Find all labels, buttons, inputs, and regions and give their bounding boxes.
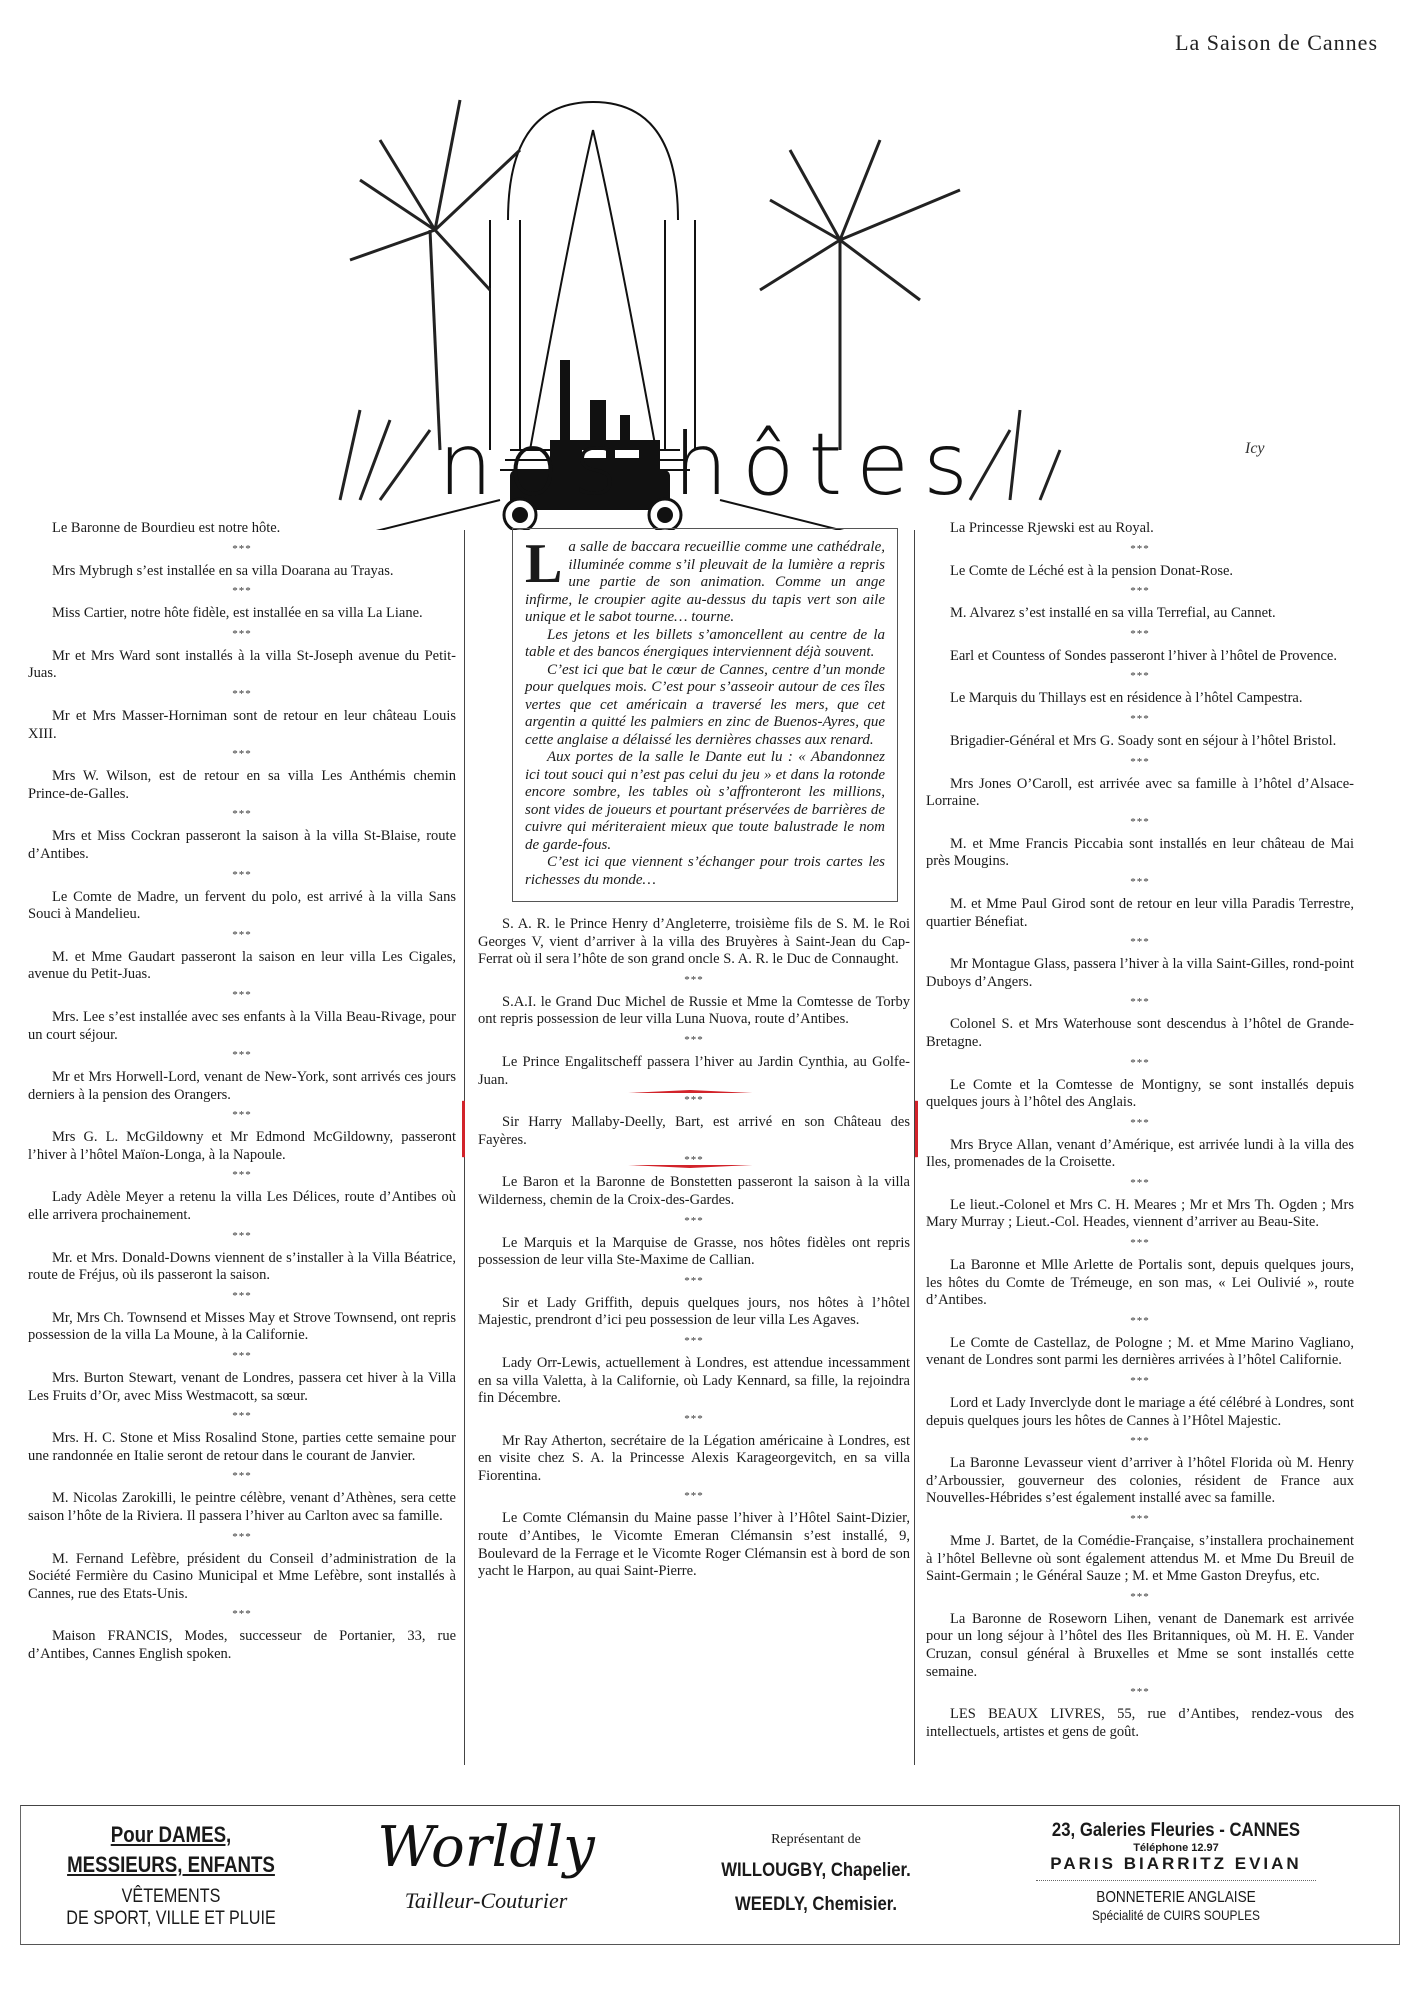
society-notice: Lord et Lady Inverclyde dont le mariage … — [926, 1395, 1354, 1430]
society-notice: Le Baron et la Baronne de Bonstetten pas… — [478, 1174, 910, 1209]
advertisement-banner: Pour DAMES, MESSIEURS, ENFANTS VÊTEMENTS… — [20, 1805, 1400, 1945]
separator-asterisks: *** — [478, 1033, 910, 1048]
society-notice: Sir et Lady Griffith, depuis quelques jo… — [478, 1295, 910, 1330]
separator-asterisks: *** — [28, 747, 456, 762]
separator-asterisks: *** — [926, 1685, 1354, 1700]
separator-asterisks: *** — [926, 935, 1354, 950]
separator-asterisks: *** — [28, 627, 456, 642]
ad-line: MESSIEURS, ENFANTS — [44, 1852, 299, 1878]
society-notice: Mrs G. L. McGildowny et Mr Edmond McGild… — [28, 1129, 456, 1164]
society-notice: Le Comte Clémansin du Maine passe l’hive… — [478, 1510, 910, 1580]
society-notice: Le Marquis du Thillays est en résidence … — [926, 690, 1354, 708]
masthead-title: La Saison de Cannes — [1175, 30, 1378, 56]
society-notice: Le Comte de Castellaz, de Pologne ; M. e… — [926, 1335, 1354, 1370]
society-notice: Le Comte de Madre, un fervent du polo, e… — [28, 889, 456, 924]
society-notice: Mr, Mrs Ch. Townsend et Misses May et St… — [28, 1310, 456, 1345]
society-notice: Mr. et Mrs. Donald-Downs viennent de s’i… — [28, 1250, 456, 1285]
ad-brand: WEEDLY, Chemisier. — [671, 1894, 961, 1916]
society-notice: Mrs. Lee s’est installée avec ses enfant… — [28, 1009, 456, 1044]
society-notice: Mr Ray Atherton, secrétaire de la Légati… — [478, 1433, 910, 1486]
separator-asterisks: *** — [28, 1530, 456, 1545]
society-notice: Mrs. Burton Stewart, venant de Londres, … — [28, 1370, 456, 1405]
separator-asterisks: *** — [28, 687, 456, 702]
left-column: Le Baronne de Bourdieu est notre hôte.**… — [28, 520, 456, 1664]
separator-asterisks: *** — [926, 669, 1354, 684]
ad-subtitle: Tailleur-Couturier — [321, 1888, 651, 1914]
separator-asterisks: *** — [926, 1176, 1354, 1191]
separator-asterisks: *** — [926, 1314, 1354, 1329]
column-divider — [914, 530, 915, 1765]
ad-worldly: Worldly Tailleur-Couturier — [321, 1806, 651, 1946]
section-title: nos hôtes — [410, 415, 1010, 515]
society-notice: M. Alvarez s’est installé en sa villa Te… — [926, 605, 1354, 623]
separator-asterisks: *** — [28, 807, 456, 822]
inset-paragraph: C’est ici que bat le cœur de Cannes, cen… — [525, 662, 885, 750]
society-notice: La Baronne et Mlle Arlette de Portalis s… — [926, 1257, 1354, 1310]
ad-clothing: Pour DAMES, MESSIEURS, ENFANTS VÊTEMENTS… — [21, 1806, 321, 1946]
separator-asterisks: *** — [28, 868, 456, 883]
ad-label: Représentant de — [651, 1832, 981, 1848]
drop-cap: L — [525, 541, 562, 587]
separator-asterisks: *** — [926, 542, 1354, 557]
separator-asterisks: *** — [926, 1374, 1354, 1389]
society-notice: La Princesse Rjewski est au Royal. — [926, 520, 1354, 538]
ad-line: VÊTEMENTS — [44, 1886, 299, 1908]
society-notice: Mr et Mrs Horwell-Lord, venant de New-Yo… — [28, 1069, 456, 1104]
separator-asterisks: *** — [28, 1289, 456, 1304]
separator-asterisks: *** — [28, 1108, 456, 1123]
ad-address-line: 23, Galeries Fleuries - CANNES — [1031, 1820, 1321, 1842]
society-notice: Sir Harry Mallaby-Deelly, Bart, est arri… — [478, 1114, 910, 1149]
separator-asterisks: *** — [926, 712, 1354, 727]
society-notice: Mr Montague Glass, passera l’hiver à la … — [926, 956, 1354, 991]
society-notice: Le Baronne de Bourdieu est notre hôte. — [28, 520, 456, 538]
separator-asterisks: *** — [926, 875, 1354, 890]
separator-asterisks: *** — [28, 1349, 456, 1364]
ad-line: Pour DAMES, — [44, 1822, 299, 1848]
society-notice: Le Comte de Léché est à la pension Donat… — [926, 563, 1354, 581]
society-notice: Mrs et Miss Cockran passeront la saison … — [28, 828, 456, 863]
separator-asterisks: *** — [926, 1434, 1354, 1449]
society-notice: La Baronne de Roseworn Lihen, venant de … — [926, 1611, 1354, 1681]
separator-asterisks: *** — [926, 1236, 1354, 1251]
separator-asterisks: *** — [926, 627, 1354, 642]
ad-address: 23, Galeries Fleuries - CANNES Téléphone… — [1011, 1806, 1341, 1946]
society-notice: S. A. R. le Prince Henry d’Angleterre, t… — [478, 916, 910, 969]
artist-signature: Icy — [1245, 440, 1265, 458]
society-notice: Earl et Countess of Sondes passeront l’h… — [926, 648, 1354, 666]
separator-asterisks: *** — [926, 995, 1354, 1010]
highlighted-notice: S.A.I. le Grand Duc Michel de Russie et … — [478, 994, 910, 1029]
society-notice: Maison FRANCIS, Modes, successeur de Por… — [28, 1628, 456, 1663]
society-notice: Mrs Bryce Allan, venant d’Amérique, est … — [926, 1137, 1354, 1172]
casino-inset-article: L a salle de baccara recueillie comme un… — [512, 528, 898, 902]
ad-brand: WILLOUGBY, Chapelier. — [671, 1860, 961, 1882]
column-divider — [464, 530, 465, 1765]
ad-line: DE SPORT, VILLE ET PLUIE — [44, 1908, 299, 1930]
society-notice: Colonel S. et Mrs Waterhouse sont descen… — [926, 1016, 1354, 1051]
society-notice: Mrs Mybrugh s’est installée en sa villa … — [28, 563, 456, 581]
worldly-logo: Worldly — [321, 1816, 651, 1880]
society-notice: Mrs Jones O’Caroll, est arrivée avec sa … — [926, 776, 1354, 811]
ad-cities: PARIS BIARRITZ EVIAN — [1011, 1854, 1341, 1874]
separator-asterisks: *** — [926, 584, 1354, 599]
society-notice: M. et Mme Paul Girod sont de retour en l… — [926, 896, 1354, 931]
society-notice: Mrs W. Wilson, est de retour en sa villa… — [28, 768, 456, 803]
society-notice: Mrs. H. C. Stone et Miss Rosalind Stone,… — [28, 1430, 456, 1465]
society-notice: M. et Mme Francis Piccabia sont installé… — [926, 836, 1354, 871]
separator-asterisks: *** — [28, 542, 456, 557]
separator-asterisks: *** — [926, 815, 1354, 830]
separator-asterisks: *** — [28, 584, 456, 599]
society-notice: LES BEAUX LIVRES, 55, rue d’Antibes, ren… — [926, 1706, 1354, 1741]
separator-asterisks: *** — [926, 1056, 1354, 1071]
separator-asterisks: *** — [28, 1469, 456, 1484]
middle-column: L a salle de baccara recueillie comme un… — [478, 520, 910, 1581]
separator-asterisks: *** — [28, 1168, 456, 1183]
society-notice: Lady Orr-Lewis, actuellement à Londres, … — [478, 1355, 910, 1408]
separator-asterisks: *** — [926, 1590, 1354, 1605]
society-notice: Lady Adèle Meyer a retenu la villa Les D… — [28, 1189, 456, 1224]
separator-asterisks: *** — [28, 1229, 456, 1244]
separator-asterisks: *** — [478, 1214, 910, 1229]
separator-asterisks: *** — [28, 1607, 456, 1622]
separator-asterisks: *** — [478, 1093, 910, 1108]
ad-line: BONNETERIE ANGLAISE — [1036, 1889, 1317, 1907]
society-notice: Le lieut.-Colonel et Mrs C. H. Meares ; … — [926, 1197, 1354, 1232]
separator-asterisks: *** — [478, 1412, 910, 1427]
separator-asterisks: *** — [926, 1512, 1354, 1527]
separator-asterisks: *** — [478, 973, 910, 988]
separator-asterisks: *** — [926, 1116, 1354, 1131]
society-notice: Mr et Mrs Masser-Horniman sont de retour… — [28, 708, 456, 743]
society-notice: Le Prince Engalitscheff passera l’hiver … — [478, 1054, 910, 1089]
separator-asterisks: *** — [478, 1334, 910, 1349]
separator-asterisks: *** — [926, 755, 1354, 770]
society-notice: Mr et Mrs Ward sont installés à la villa… — [28, 648, 456, 683]
separator-asterisks: *** — [478, 1489, 910, 1504]
separator-asterisks: *** — [28, 1409, 456, 1424]
society-notice: La Baronne Levasseur vient d’arriver à l… — [926, 1455, 1354, 1508]
society-notice: Miss Cartier, notre hôte fidèle, est ins… — [28, 605, 456, 623]
separator-asterisks: *** — [28, 1048, 456, 1063]
ad-line: Spécialité de CUIRS SOUPLES — [1036, 1907, 1317, 1923]
separator-asterisks: *** — [478, 1153, 910, 1168]
ad-phone: Téléphone 12.97 — [1011, 1842, 1341, 1854]
article-columns: Le Baronne de Bourdieu est notre hôte.**… — [0, 520, 1408, 1765]
inset-paragraph: a salle de baccara recueillie comme une … — [525, 539, 885, 627]
society-notice: Le Marquis et la Marquise de Grasse, nos… — [478, 1235, 910, 1270]
inset-paragraph: Les jetons et les billets s’amoncellent … — [525, 627, 885, 662]
society-notice: Mme J. Bartet, de la Comédie-Française, … — [926, 1533, 1354, 1586]
separator-asterisks: *** — [478, 1274, 910, 1289]
ad-representative: Représentant de WILLOUGBY, Chapelier. WE… — [651, 1806, 981, 1946]
society-notice: M. Fernand Lefèbre, président du Conseil… — [28, 1551, 456, 1604]
society-notice: M. Nicolas Zarokilli, le peintre célèbre… — [28, 1490, 456, 1525]
ad-divider — [1036, 1880, 1316, 1881]
society-notice: M. et Mme Gaudart passeront la saison en… — [28, 949, 456, 984]
inset-paragraph: Aux portes de la salle le Dante eut lu :… — [525, 749, 885, 854]
society-notice: Le Comte et la Comtesse de Montigny, se … — [926, 1077, 1354, 1112]
separator-asterisks: *** — [28, 988, 456, 1003]
inset-paragraph: C’est ici que viennent s’échanger pour t… — [525, 854, 885, 889]
separator-asterisks: *** — [28, 928, 456, 943]
right-column: La Princesse Rjewski est au Royal.***Le … — [926, 520, 1354, 1741]
society-notice: Brigadier-Général et Mrs G. Soady sont e… — [926, 733, 1354, 751]
